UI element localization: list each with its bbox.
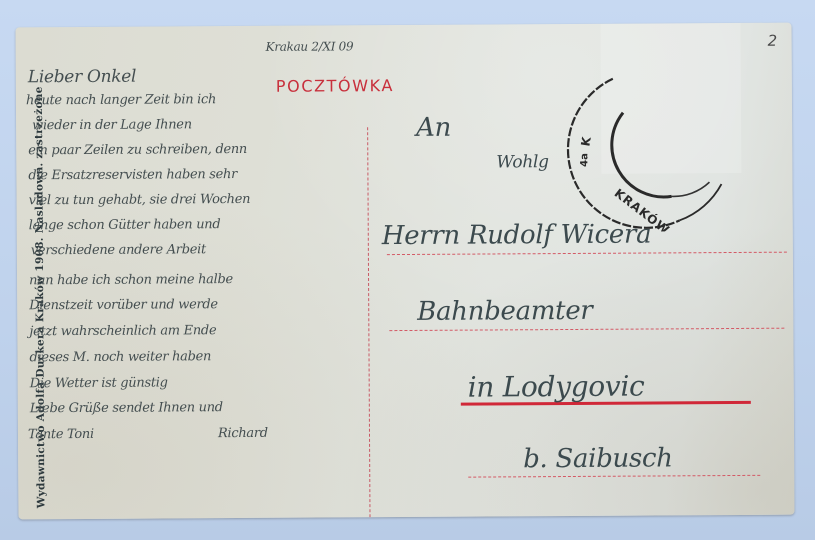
address-line: Wohlg xyxy=(496,152,548,172)
message-date: Krakau 2/XI 09 xyxy=(266,39,354,54)
svg-text:K: K xyxy=(578,135,593,147)
address-line: b. Saibusch xyxy=(523,443,673,474)
message-line: jetzt wahrscheinlich am Ende xyxy=(29,323,216,339)
message-line: nun habe ich schon meine halbe xyxy=(29,272,233,288)
message-line: Lieber Onkel xyxy=(28,67,136,88)
message-line: dieses M. noch weiter haben xyxy=(29,349,211,365)
message-line: ein paar Zeilen zu schreiben, denn xyxy=(28,142,247,158)
divider-line xyxy=(367,127,370,517)
message-line: Liebe Grüße sendet Ihnen und xyxy=(30,400,223,416)
message-line: viel zu tun gehabt, sie drei Wochen xyxy=(29,192,251,208)
address-line: in Lodygovic xyxy=(468,370,645,404)
address-rule xyxy=(389,328,784,331)
message-signature: Richard xyxy=(218,426,268,441)
postcard-title: POCZTÓWKA xyxy=(276,76,394,96)
postcard: Wydawnictwo Adolfa Duckera Kraków 1908. … xyxy=(16,23,795,520)
message-line: Die Wetter ist günstig xyxy=(30,375,168,391)
address-line: An xyxy=(416,113,451,143)
address-line: Bahnbeamter xyxy=(417,296,592,327)
address-line: Herrn Rudolf Wicera xyxy=(382,219,652,251)
address-rule xyxy=(387,252,787,255)
message-line: lange schon Gütter haben und xyxy=(29,217,221,233)
corner-number: 2 xyxy=(768,32,778,50)
message-line: Tante Toni xyxy=(28,427,94,442)
message-line: heute nach langer Zeit bin ich xyxy=(26,92,216,108)
postmark-icon: K 4a KRAKÓW xyxy=(561,66,727,232)
message-line: wieder in der Lage Ihnen xyxy=(32,117,192,133)
message-line: die Ersatzreservisten haben sehr xyxy=(28,167,237,183)
message-line: Dienstzeit vorüber und werde xyxy=(29,297,218,313)
svg-text:4a: 4a xyxy=(579,153,590,167)
address-rule xyxy=(468,475,760,478)
message-line: verschiedene andere Arbeit xyxy=(31,242,206,258)
